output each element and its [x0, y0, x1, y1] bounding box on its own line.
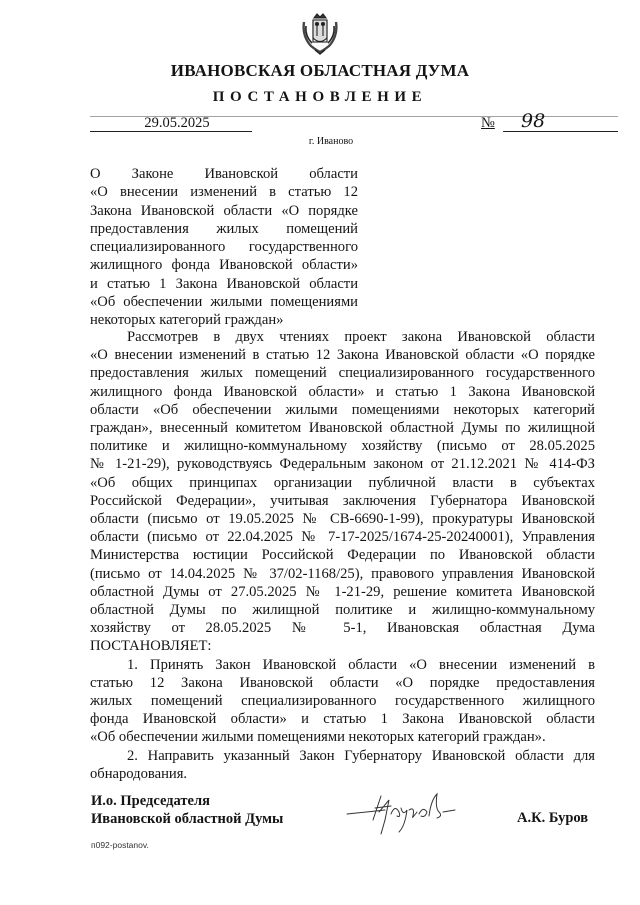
number-label: №: [481, 115, 495, 131]
body-line: области «Об обеспечении жилыми помещения…: [90, 401, 595, 419]
resolves-line: ПОСТАНОВЛЯЕТ:: [90, 637, 595, 655]
title-line: Закона Ивановской области «О порядке: [90, 202, 358, 220]
body-line: № 1-21-29), руководствуясь Федеральным з…: [90, 455, 595, 473]
document-number: 98: [503, 111, 618, 132]
body-line: фонда Ивановской области» и статью 1 Зак…: [90, 710, 595, 728]
preamble-paragraph: Рассмотрев в двух чтениях проект закона …: [90, 328, 595, 656]
body-line: (письмо от 14.04.2025 № 37/02-1168/25), …: [90, 565, 595, 583]
body-line: статью 12 Закона Ивановской области «О п…: [90, 674, 595, 692]
coat-of-arms-icon: [301, 12, 339, 56]
body-line: политике и жилищно-коммунальному хозяйст…: [90, 437, 595, 455]
file-code: п092-postanov.: [91, 840, 149, 850]
title-line: некоторых категорий граждан»: [90, 311, 358, 329]
item-2-paragraph: 2. Направить указанный Закон Губернатору…: [90, 747, 595, 783]
item-1-paragraph: 1. Принять Закон Ивановской области «О в…: [90, 656, 595, 747]
body-line: граждан», внесенный комитетом Ивановской…: [90, 419, 595, 437]
title-line: жилищного фонда Ивановской области»: [90, 256, 358, 274]
body-line: 2. Направить указанный Закон Губернатору…: [90, 747, 595, 765]
document-type: ПОСТАНОВЛЕНИЕ: [0, 89, 640, 106]
title-line: и статью 1 Закона Ивановской области: [90, 275, 358, 293]
title-line: «О внесении изменений в статью 12: [90, 183, 358, 201]
body-line: области (письмо от 22.04.2025 № 7-17-202…: [90, 528, 595, 546]
body-line: Российской Федерации», учитывая заключен…: [90, 492, 595, 510]
document-body: Рассмотрев в двух чтениях проект закона …: [90, 328, 595, 783]
signatory-name: А.К. Буров: [517, 810, 588, 827]
title-line: предоставления жилых помещений: [90, 220, 358, 238]
body-line: «Об общих принципах организации публично…: [90, 474, 595, 492]
body-line: Министерства юстиции Российской Федераци…: [90, 546, 595, 564]
body-line: «О внесении изменений в статью 12 Закона…: [90, 346, 595, 364]
organization-name: ИВАНОВСКАЯ ОБЛАСТНАЯ ДУМА: [0, 61, 640, 81]
body-line: обнародования.: [90, 765, 595, 783]
city: г. Иваново: [0, 136, 640, 147]
title-line: «Об обеспечении жилыми помещениями: [90, 293, 358, 311]
body-line: жилых помещений специализированного госу…: [90, 692, 595, 710]
body-line: 1. Принять Закон Ивановской области «О в…: [90, 656, 595, 674]
handwritten-signature-icon: [345, 790, 465, 838]
body-line: хозяйству от 28.05.2025 № 5-1, Ивановска…: [90, 619, 595, 637]
document-date: 29.05.2025: [90, 115, 252, 132]
title-line: специализированного государственного: [90, 238, 358, 256]
body-line: жилищного фонда Ивановской области» и ст…: [90, 383, 595, 401]
body-line: «Об обеспечении жилыми помещениями некот…: [90, 728, 595, 746]
position-line: И.о. Председателя: [91, 792, 283, 810]
document-title: О Законе Ивановской области «О внесении …: [90, 165, 358, 330]
title-line: О Законе Ивановской области: [90, 165, 358, 183]
signatory-position: И.о. Председателя Ивановской областной Д…: [91, 792, 283, 828]
body-line: области (письмо от 19.05.2025 № СВ-6690-…: [90, 510, 595, 528]
body-line: Рассмотрев в двух чтениях проект закона …: [90, 328, 595, 346]
body-line: областной Думы по жилищной политике и жи…: [90, 601, 595, 619]
position-line: Ивановской областной Думы: [91, 810, 283, 828]
body-line: предоставления жилых помещений специализ…: [90, 364, 595, 382]
body-line: областной Думы от 27.05.2025 № 1-21-29, …: [90, 583, 595, 601]
